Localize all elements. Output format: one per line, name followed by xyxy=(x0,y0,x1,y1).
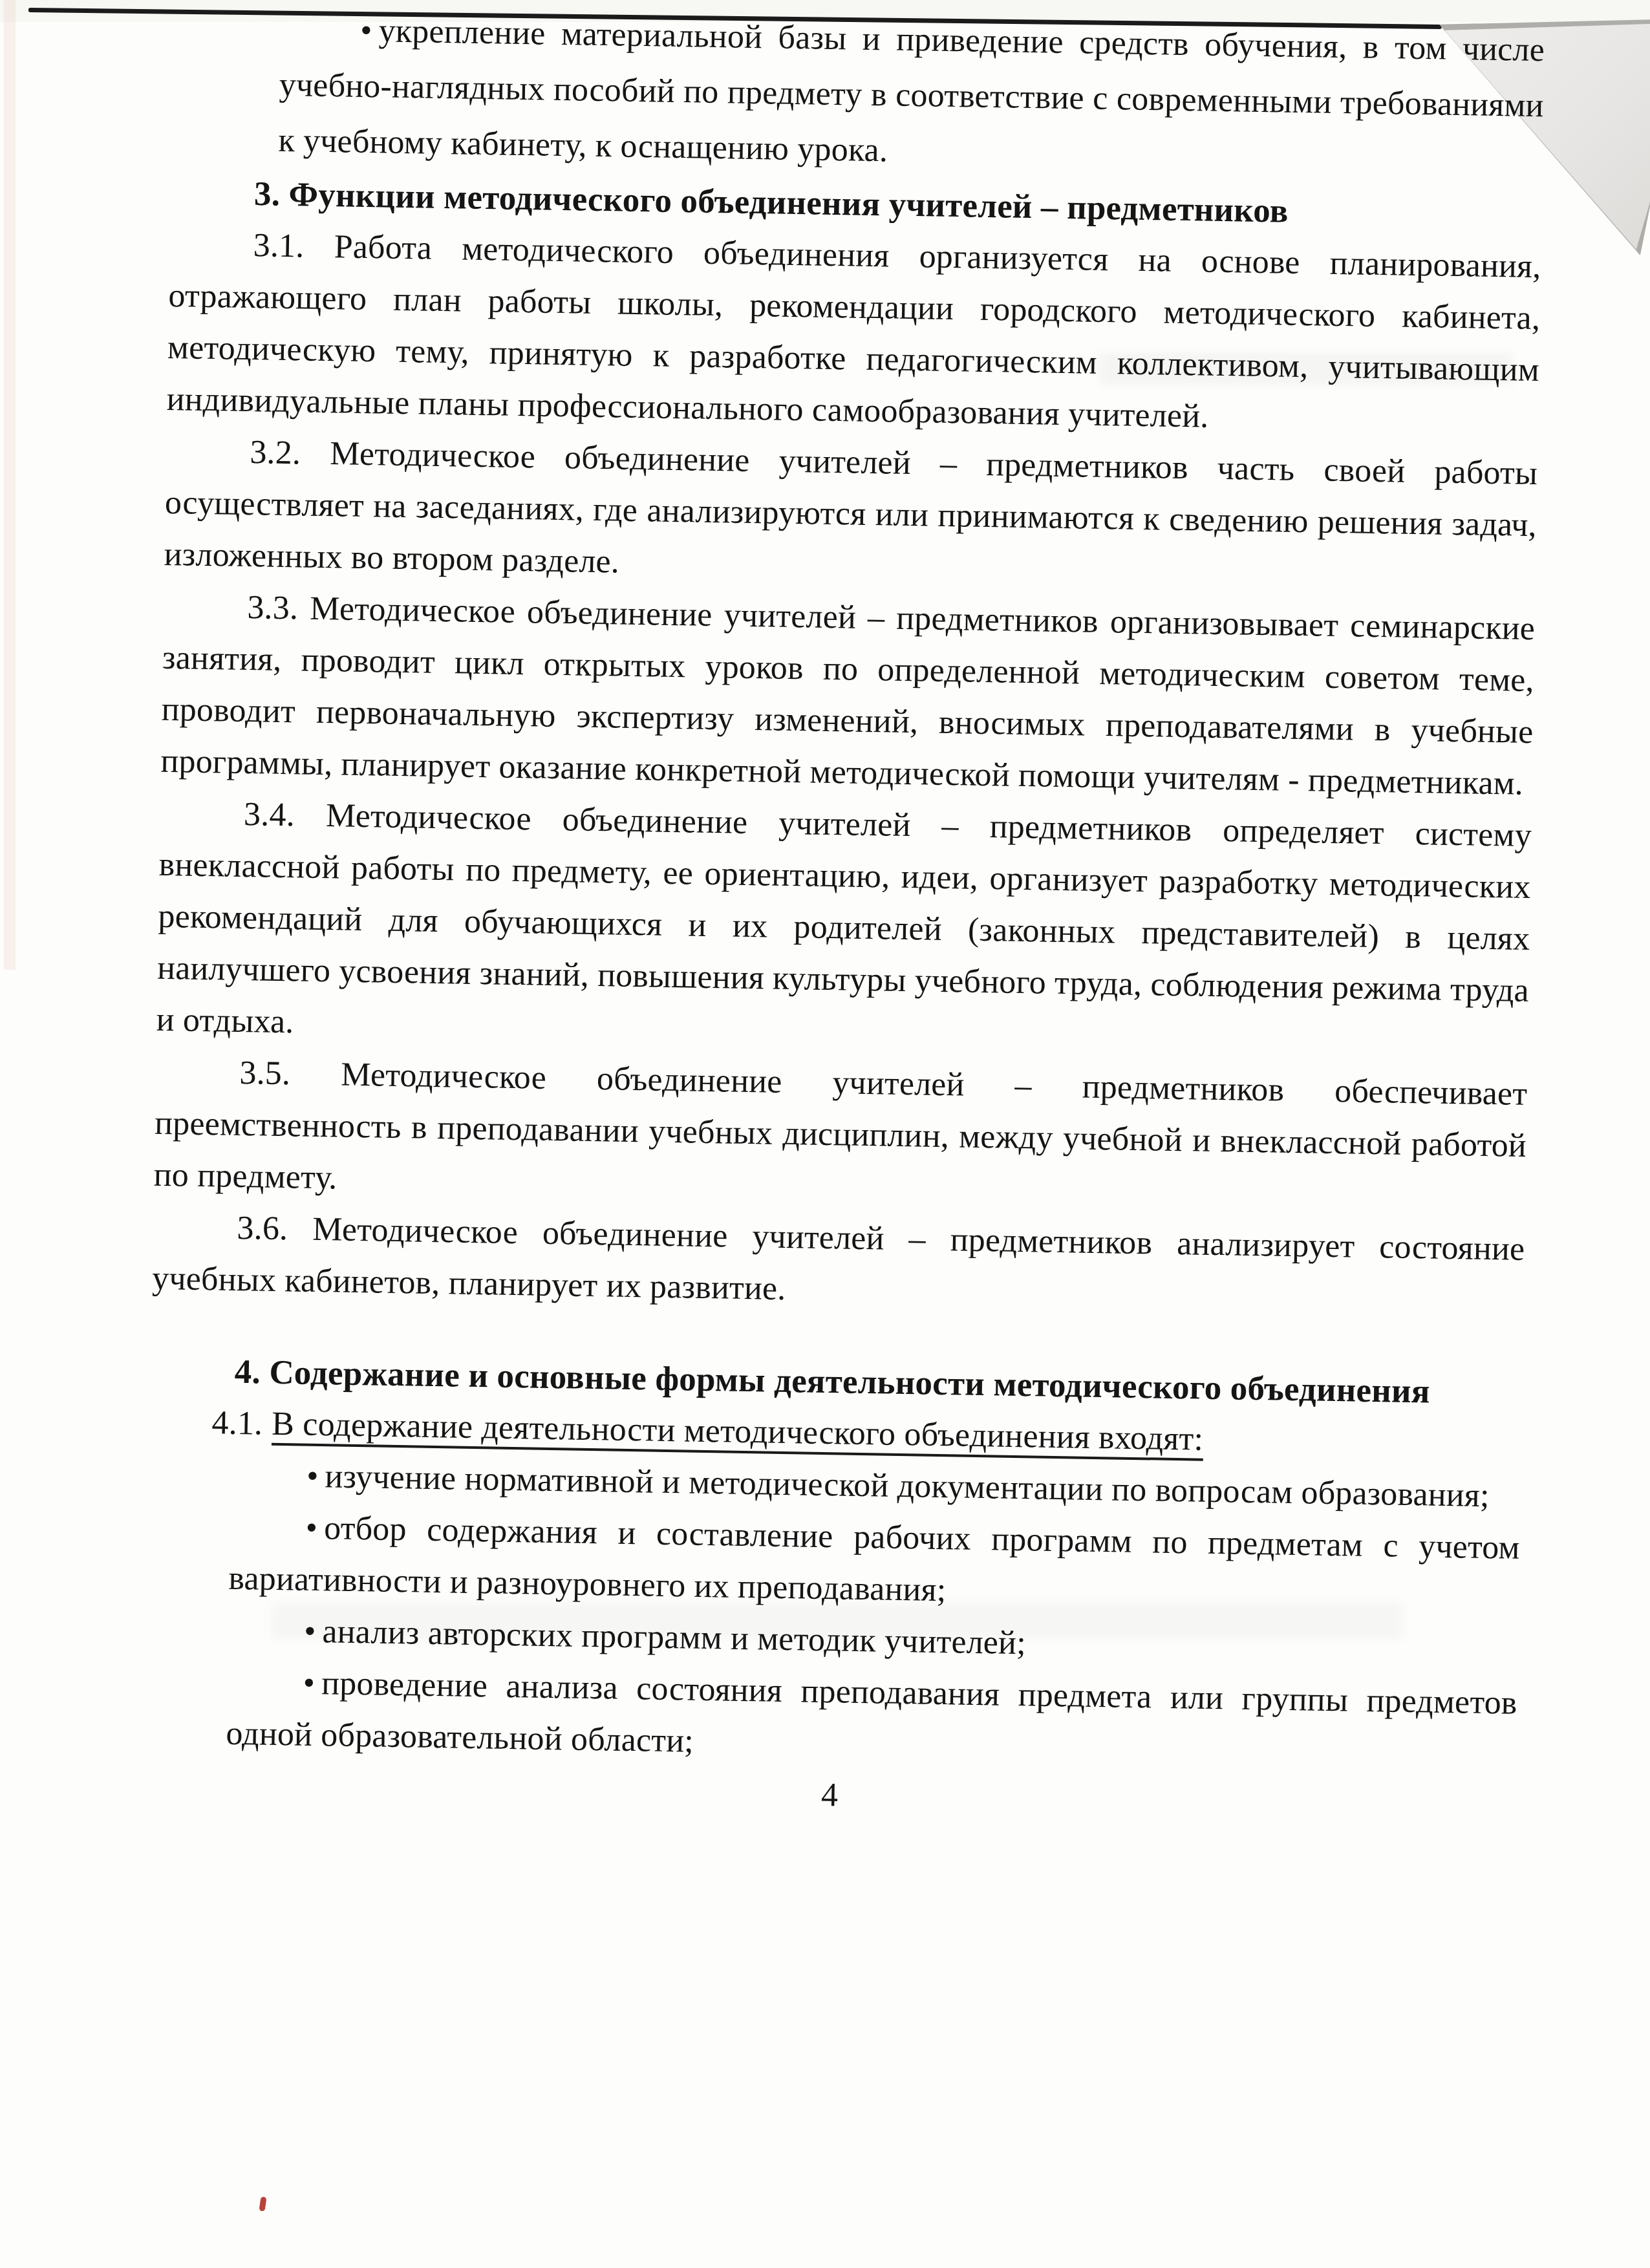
paragraph-3-4: 3.4. Методическое объединение учителей –… xyxy=(156,787,1532,1069)
list-item-text: анализ авторских программ и методик учит… xyxy=(322,1613,1026,1662)
scanned-document-page: •укрепление материальной базы и приведен… xyxy=(0,0,1650,2268)
bullet-icon: • xyxy=(305,1510,317,1546)
document-content: •укрепление материальной базы и приведен… xyxy=(144,0,1545,1833)
list-item: •укрепление материальной базы и приведен… xyxy=(171,0,1545,189)
bullet-icon: • xyxy=(303,1665,315,1702)
paragraph-4-1-number: 4.1. xyxy=(211,1404,263,1442)
bullet-icon: • xyxy=(304,1613,316,1650)
red-ink-mark xyxy=(259,2196,267,2211)
list-item-text: отбор содержания и составление рабочих п… xyxy=(228,1510,1520,1609)
paragraph-3-5: 3.5. Методическое объединение учителей –… xyxy=(153,1046,1528,1224)
bullet-icon: • xyxy=(306,1458,319,1495)
left-edge-tint xyxy=(4,0,16,970)
bullet-icon: • xyxy=(360,12,372,49)
paragraph-3-1: 3.1. Работа методического объединения ор… xyxy=(166,219,1541,448)
list-item-text: проведение анализа состояния преподавани… xyxy=(226,1665,1517,1760)
paragraph-3-2: 3.2. Методическое объединение учителей –… xyxy=(164,425,1538,603)
paragraph-3-3: 3.3. Методическое объединение учителей –… xyxy=(160,581,1536,810)
list-item-text: укрепление материальной базы и приведени… xyxy=(278,12,1545,169)
paragraph-3-6: 3.6. Методическое объединение учителей –… xyxy=(152,1201,1525,1327)
